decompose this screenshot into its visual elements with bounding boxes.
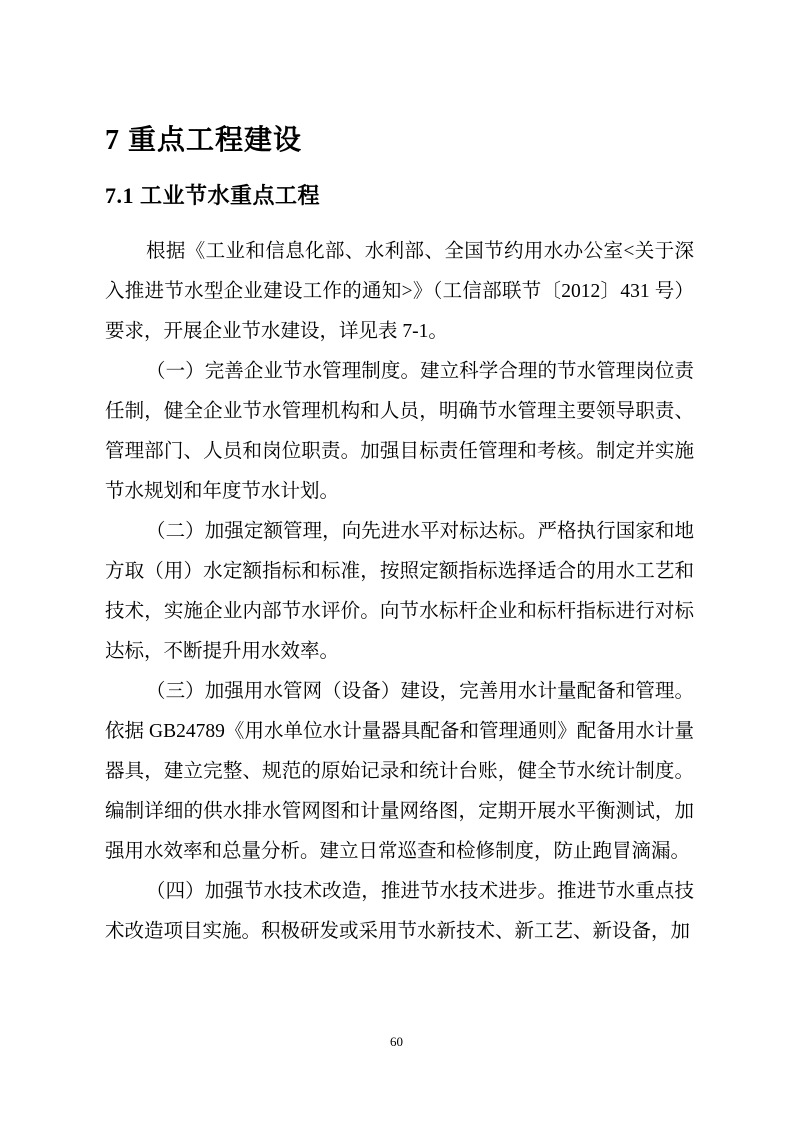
- paragraph-item-2: （二）加强定额管理，向先进水平对标达标。严格执行国家和地方取（用）水定额指标和标…: [105, 512, 694, 672]
- page-number: 60: [0, 1034, 793, 1050]
- paragraph-item-1: （一）完善企业节水管理制度。建立科学合理的节水管理岗位责任制，健全企业节水管理机…: [105, 352, 694, 512]
- paragraph-item-3: （三）加强用水管网（设备）建设，完善用水计量配备和管理。依据 GB24789《用…: [105, 672, 694, 872]
- paragraph-item-4: （四）加强节水技术改造，推进节水技术进步。推进节水重点技术改造项目实施。积极研发…: [105, 872, 694, 952]
- chapter-heading: 7 重点工程建设: [105, 124, 302, 158]
- document-page: 7 重点工程建设 7.1 工业节水重点工程 根据《工业和信息化部、水利部、全国节…: [0, 0, 793, 1122]
- paragraph-intro: 根据《工业和信息化部、水利部、全国节约用水办公室<关于深入推进节水型企业建设工作…: [105, 232, 694, 352]
- section-heading: 7.1 工业节水重点工程: [105, 183, 320, 209]
- body-text: 根据《工业和信息化部、水利部、全国节约用水办公室<关于深入推进节水型企业建设工作…: [105, 232, 694, 952]
